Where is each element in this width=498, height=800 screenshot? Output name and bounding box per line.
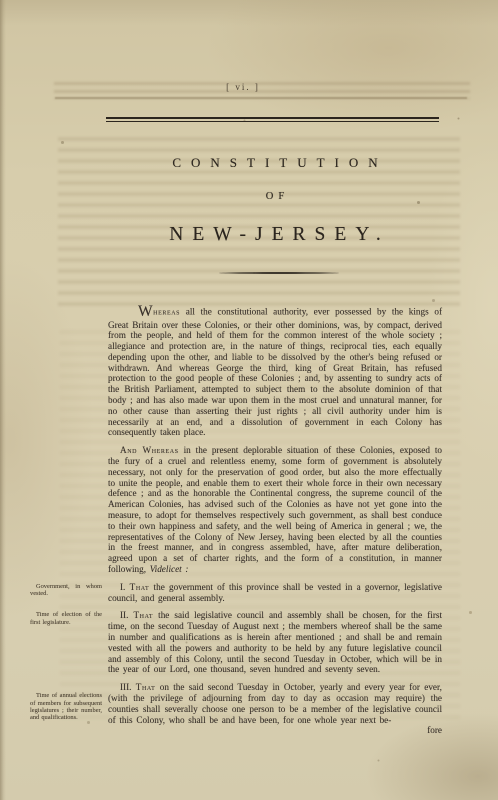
- paragraph-text: the government of this province shall be…: [108, 582, 442, 603]
- article-2-paragraph: II. That the said legislative council an…: [108, 610, 442, 675]
- article-numeral: I.: [120, 582, 125, 592]
- article-1: Government, in whom vested. I. That the …: [108, 582, 442, 604]
- preamble-paragraph-1: Whereas all the constitutional authority…: [108, 304, 442, 438]
- document-page: [ vi. ] CONSTITUTION OF NEW-JERSEY. Wher…: [0, 0, 498, 800]
- videlicet-italic: Videlicet :: [150, 564, 189, 574]
- margin-note-1: Government, in whom vested.: [30, 583, 102, 598]
- page-number: [ vi. ]: [0, 82, 486, 92]
- title-of: OF: [108, 191, 442, 202]
- title-constitution: CONSTITUTION: [108, 155, 442, 171]
- title-rule: [219, 272, 339, 274]
- title-new-jersey: NEW-JERSEY.: [108, 224, 442, 246]
- text-column: Whereas all the constitutional authority…: [108, 304, 442, 736]
- catchword: fore: [108, 725, 442, 736]
- paper-speckles: [0, 0, 1, 1]
- margin-note-3: Time of annual elections of members for …: [30, 692, 102, 722]
- paragraph-text: all the constitutional authority, ever p…: [108, 307, 442, 438]
- lead-word: That: [133, 610, 153, 620]
- lead-word: hereas: [153, 307, 180, 317]
- show-through-rule: [55, 97, 467, 99]
- article-1-paragraph: I. That the government of this province …: [108, 582, 442, 604]
- article-numeral: III.: [120, 682, 131, 692]
- lead-word: And Whereas: [120, 445, 179, 455]
- margin-note-2: Time of election of the first legislatur…: [30, 611, 102, 626]
- article-numeral: II.: [120, 610, 128, 620]
- lead-word: That: [136, 682, 156, 692]
- article-2: Time of election of the first legislatur…: [108, 610, 442, 675]
- paragraph-text: on the said second Tuesday in October, y…: [108, 682, 442, 724]
- drop-initial: W: [138, 303, 153, 320]
- paragraph-text: the said legislative council and assembl…: [108, 610, 442, 674]
- article-3: Time of annual elections of members for …: [108, 682, 442, 725]
- paragraph-text: in the present deplorable situation of t…: [108, 445, 442, 574]
- preamble-paragraph-2: And Whereas in the present deplorable si…: [108, 445, 442, 575]
- article-3-paragraph: III. That on the said second Tuesday in …: [108, 682, 442, 725]
- header-double-rule: [106, 117, 439, 122]
- lead-word: That: [130, 582, 150, 592]
